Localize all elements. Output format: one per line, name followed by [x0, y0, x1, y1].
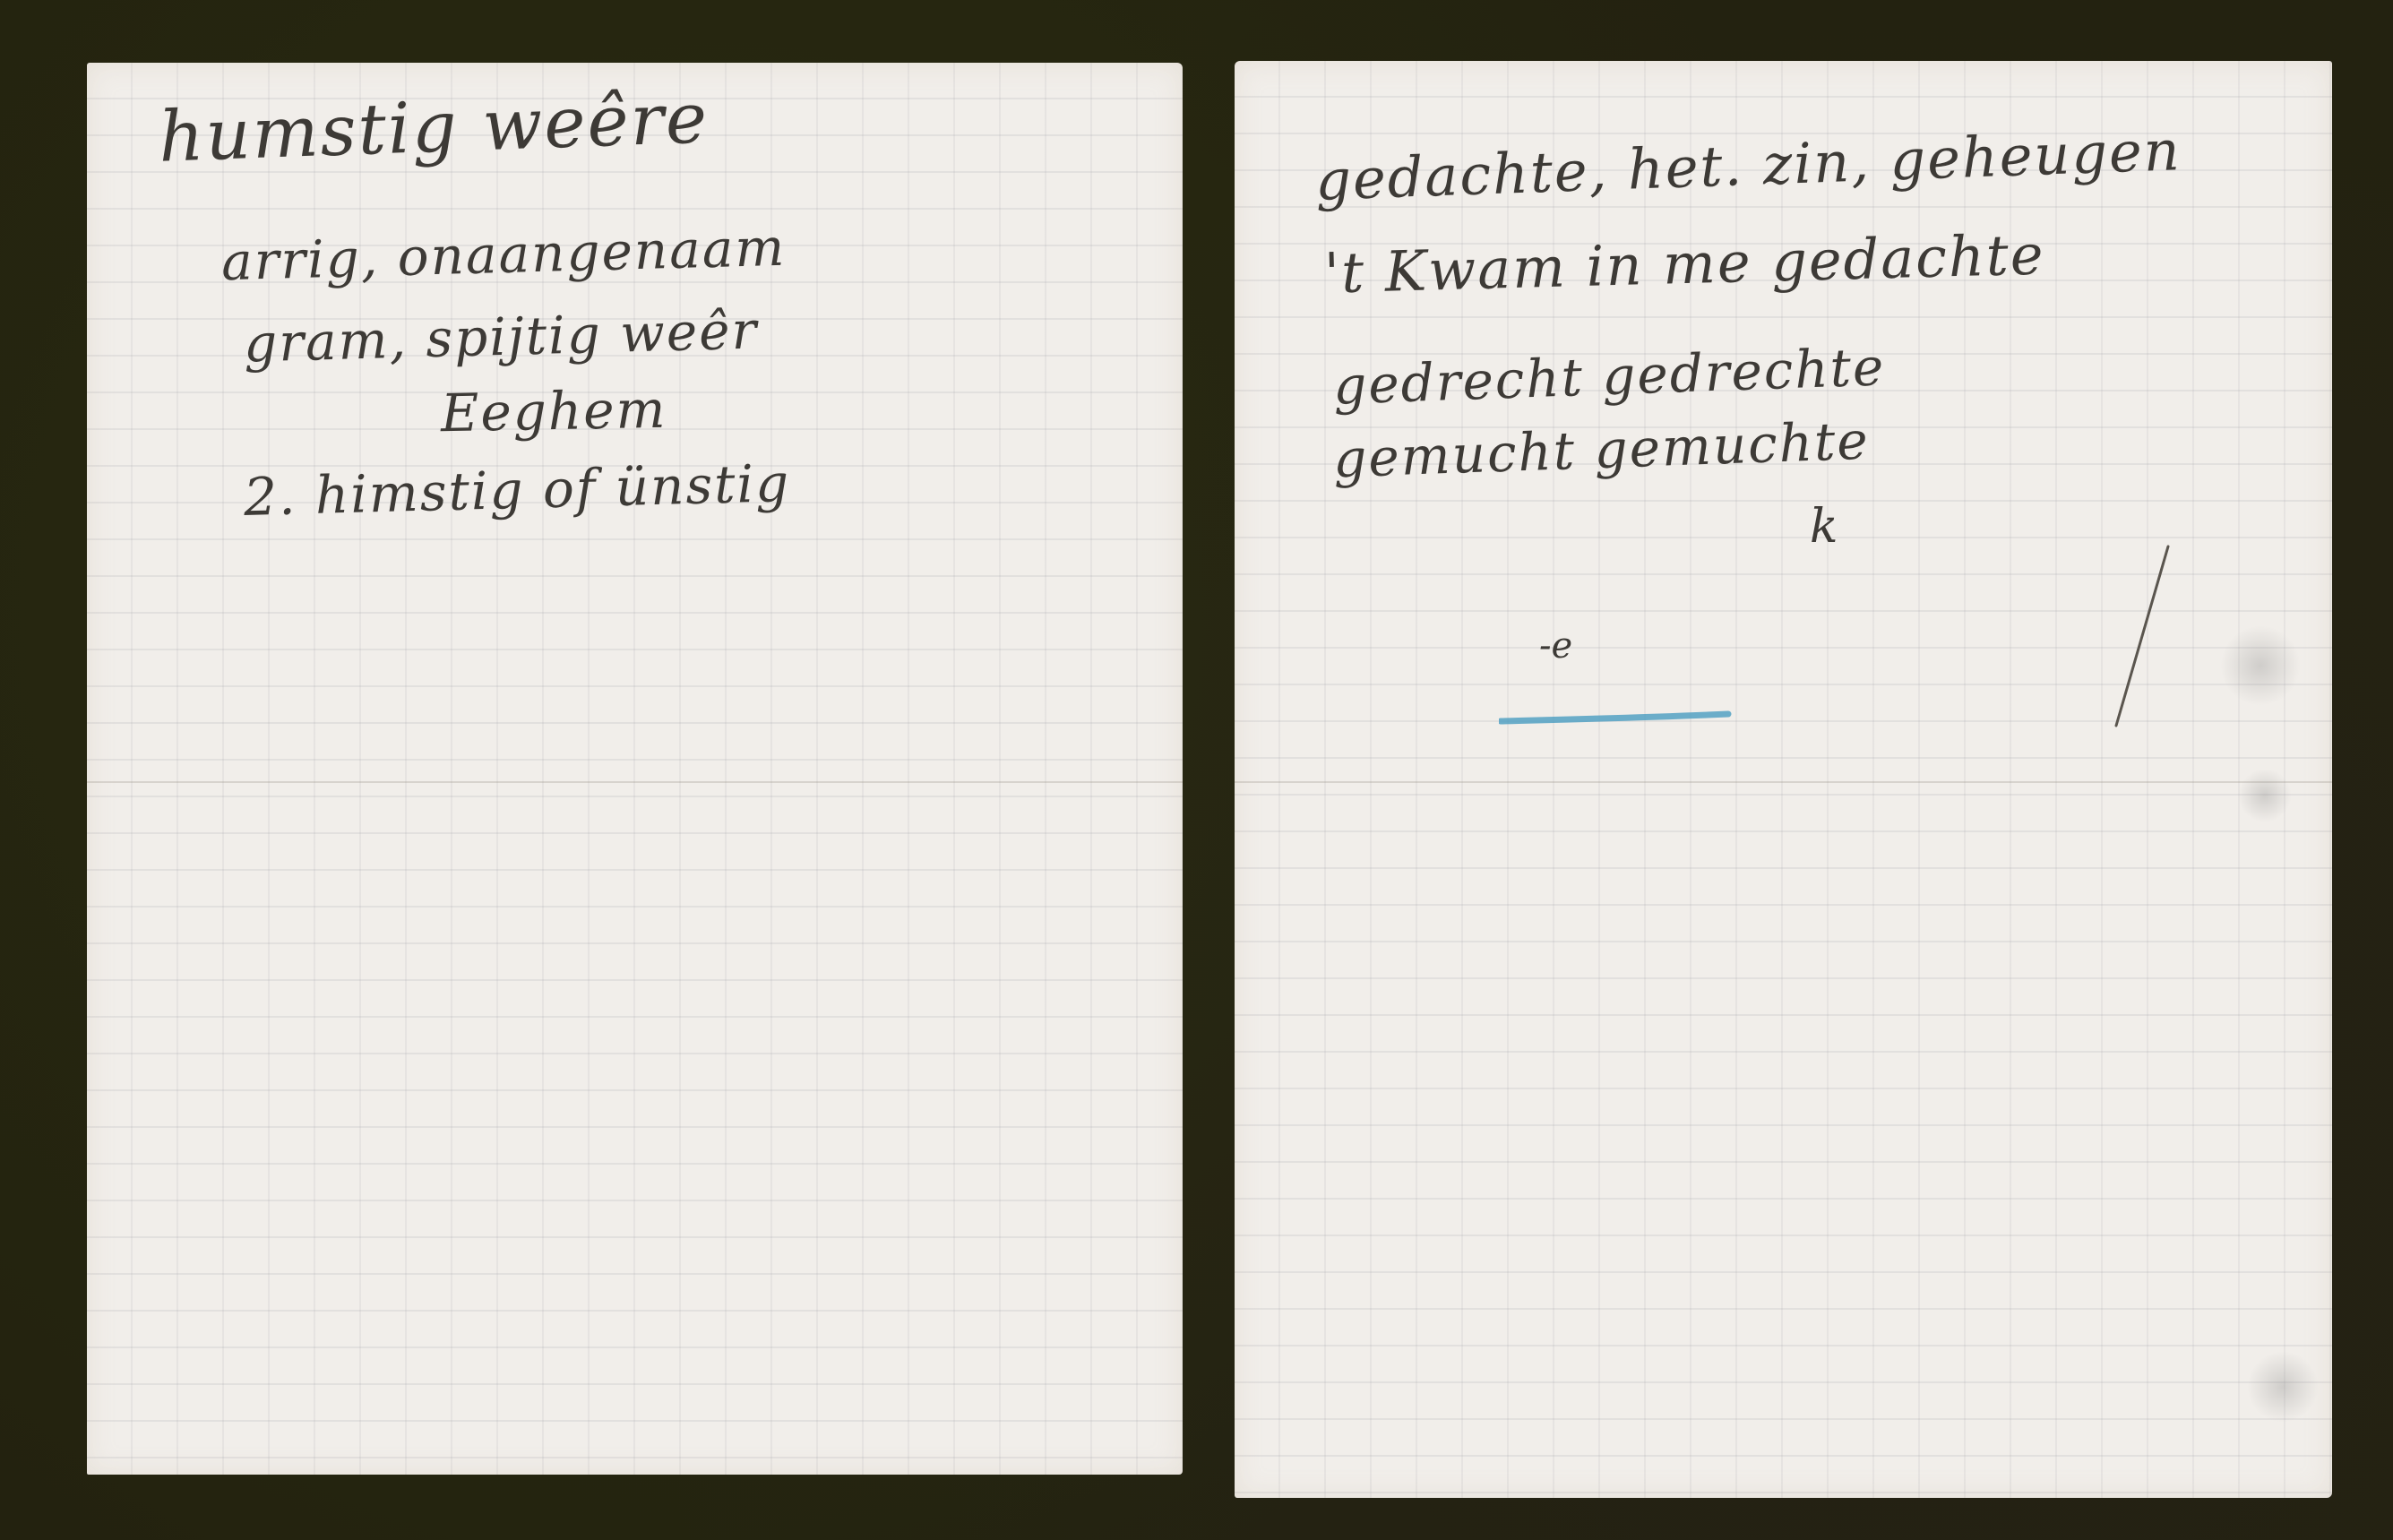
left-line-2: gram, spijtig weêr — [243, 299, 759, 374]
ink-smudge — [2220, 625, 2301, 706]
blue-pencil-underline — [1499, 710, 1732, 728]
right-line-3: gedrecht gedrechte — [1332, 336, 1886, 416]
left-heading: humstig weêre — [158, 78, 710, 177]
right-line-4: gemucht gemuchte — [1332, 410, 1871, 490]
left-line-3: Eeghem — [440, 379, 667, 443]
ink-smudge — [2238, 769, 2292, 822]
left-line-1: arrig, onaangenaam — [220, 217, 787, 292]
vertical-pen-stroke — [2111, 543, 2173, 731]
left-page: humstig weêre arrig, onaangenaam gram, s… — [87, 63, 1183, 1475]
fold-crease — [87, 781, 1183, 783]
right-page: gedachte, het. zin, geheugen 't Kwam in … — [1235, 61, 2332, 1498]
left-line-4: 2. himstig of ünstig — [243, 452, 791, 528]
fold-crease — [1235, 781, 2332, 783]
ink-smudge — [2247, 1351, 2319, 1423]
suffix-note: -e — [1539, 625, 1572, 667]
right-line-1: gedachte, het. zin, geheugen — [1314, 117, 2182, 213]
right-line-2: 't Kwam in me gedachte — [1323, 221, 2045, 305]
k-mark: k — [1810, 500, 1838, 554]
